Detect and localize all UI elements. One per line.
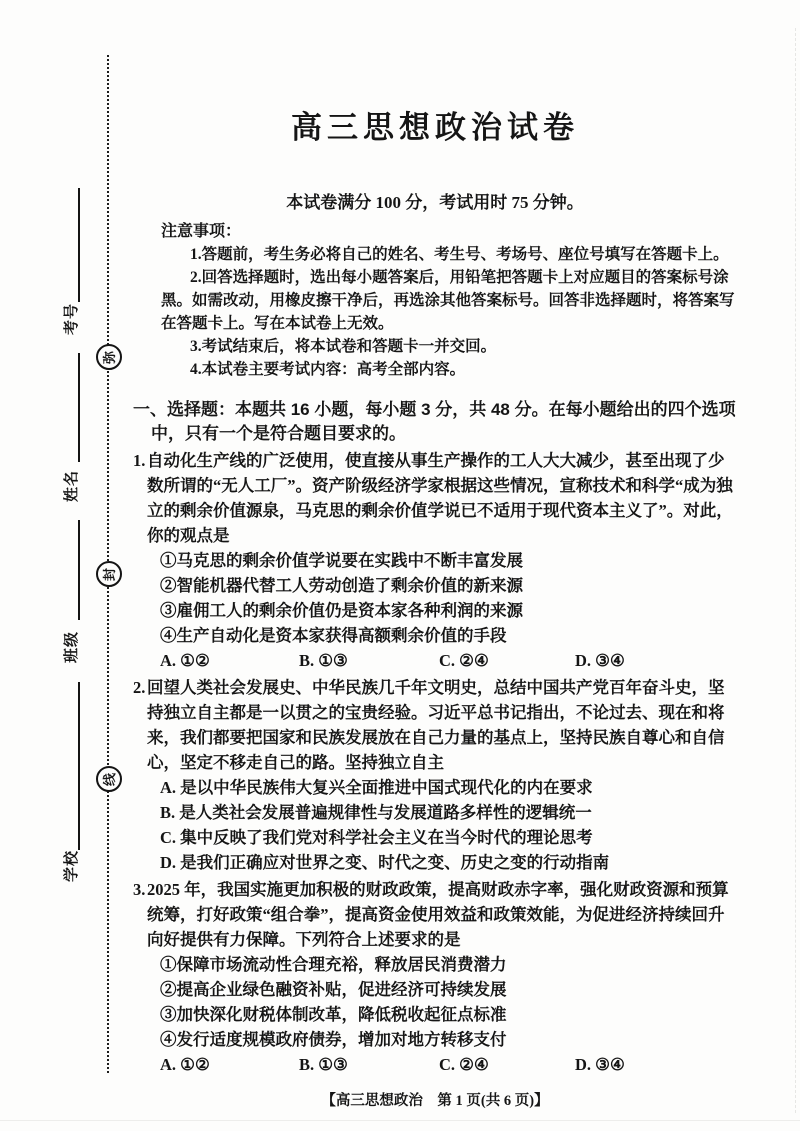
option-d: D. ③④	[575, 648, 625, 673]
exam-subtitle: 本试卷满分 100 分，考试用时 75 分钟。	[133, 192, 737, 214]
question-3-stem: 2025 年，我国实施更加积极的财政政策，提高财政赤字率，强化财政资源和预算统筹…	[147, 880, 729, 949]
statement: ②提高企业绿色融资补贴，促进经济可持续发展	[160, 977, 737, 1002]
notice-item-1: 1.答题前，考生务必将自己的姓名、考生号、考场号、座位号填写在答题卡上。	[161, 243, 737, 266]
question-2: 2. 回望人类社会发展史、中华民族几千年文明史，总结中国共产党百年奋斗史，坚持独…	[133, 675, 737, 875]
page-footer: 【高三思想政治 第 1 页(共 6 页)】	[133, 1091, 737, 1111]
exam-number-fill-line	[78, 188, 80, 302]
notices-block: 注意事项： 1.答题前，考生务必将自己的姓名、考生号、考场号、座位号填写在答题卡…	[133, 220, 737, 381]
name-label: 姓名	[62, 466, 82, 506]
seal-char-xian: 线	[96, 766, 122, 792]
question-1-stem: 自动化生产线的广泛使用，使直接从事生产操作的工人大大减少，甚至出现了少数所谓的“…	[147, 451, 733, 545]
class-fill-line	[78, 520, 80, 620]
option-c: C. ②④	[439, 1052, 575, 1077]
question-1: 1. 自动化生产线的广泛使用，使直接从事生产操作的工人大大减少，甚至出现了少数所…	[133, 448, 737, 673]
notices-heading: 注意事项：	[161, 220, 737, 243]
option-b: B. ①③	[299, 648, 439, 673]
question-1-number: 1.	[133, 448, 145, 473]
school-label: 学校	[62, 846, 82, 886]
seal-char-mi-text: 弥	[99, 350, 118, 363]
question-3-statements: ①保障市场流动性合理充裕，释放居民消费潜力 ②提高企业绿色融资补贴，促进经济可持…	[147, 952, 737, 1052]
option-a: A. 是以中华民族伟大复兴全面推进中国式现代化的内在要求	[160, 775, 737, 800]
question-2-number: 2.	[133, 675, 145, 700]
exam-number-label: 考号	[62, 299, 82, 339]
question-2-stem: 回望人类社会发展史、中华民族几千年文明史，总结中国共产党百年奋斗史，坚持独立自主…	[147, 678, 725, 772]
question-3: 3. 2025 年，我国实施更加积极的财政政策，提高财政赤字率，强化财政资源和预…	[133, 877, 737, 1077]
option-d: D. 是我们正确应对世界之变、时代之变、历史之变的行动指南	[160, 850, 737, 875]
statement: ①保障市场流动性合理充裕，释放居民消费潜力	[160, 952, 737, 977]
notice-item-3: 3.考试结束后，将本试卷和答题卡一并交回。	[161, 335, 737, 358]
question-1-options: A. ①② B. ①③ C. ②④ D. ③④	[160, 648, 737, 673]
statement: ③雇佣工人的剩余价值仍是资本家各种利润的来源	[160, 598, 737, 623]
option-d: D. ③④	[575, 1052, 625, 1077]
option-b: B. 是人类社会发展普遍规律性与发展道路多样性的逻辑统一	[160, 800, 737, 825]
exam-page: 高三思想政治试卷 本试卷满分 100 分，考试用时 75 分钟。 注意事项： 1…	[133, 0, 737, 1111]
seal-char-feng-text: 封	[99, 567, 118, 580]
seal-char-xian-text: 线	[99, 772, 118, 785]
statement: ④生产自动化是资本家获得高额剩余价值的手段	[160, 623, 737, 648]
seal-char-feng: 封	[96, 561, 122, 587]
question-3-number: 3.	[133, 877, 145, 902]
name-fill-line	[78, 353, 80, 462]
question-3-options: A. ①② B. ①③ C. ②④ D. ③④	[160, 1052, 737, 1077]
statement: ②智能机器代替工人劳动创造了剩余价值的新来源	[160, 573, 737, 598]
option-a: A. ①②	[160, 1052, 299, 1077]
option-c: C. 集中反映了我们党对科学社会主义在当今时代的理论思考	[160, 825, 737, 850]
statement: ①马克思的剩余价值学说要在实践中不断丰富发展	[160, 548, 737, 573]
question-1-statements: ①马克思的剩余价值学说要在实践中不断丰富发展 ②智能机器代替工人劳动创造了剩余价…	[147, 548, 737, 648]
seal-char-mi: 弥	[96, 344, 122, 370]
scan-edge-bottom	[0, 1120, 800, 1121]
class-label: 班级	[62, 627, 82, 667]
option-a: A. ①②	[160, 648, 299, 673]
school-fill-line	[78, 682, 80, 850]
notice-item-2: 2.回答选择题时，选出每小题答案后，用铅笔把答题卡上对应题目的答案标号涂黑。如需…	[161, 266, 737, 335]
statement: ③加快深化财税体制改革，降低税收起征点标准	[160, 1002, 737, 1027]
option-b: B. ①③	[299, 1052, 439, 1077]
scan-edge-right	[795, 28, 796, 1113]
option-c: C. ②④	[439, 648, 575, 673]
question-2-options: A. 是以中华民族伟大复兴全面推进中国式现代化的内在要求 B. 是人类社会发展普…	[147, 775, 737, 875]
page-title: 高三思想政治试卷	[133, 108, 737, 148]
notice-item-4: 4.本试卷主要考试内容：高考全部内容。	[161, 358, 737, 381]
section-heading-choice: 一、选择题：本题共 16 小题，每小题 3 分，共 48 分。在每小题给出的四个…	[133, 398, 737, 446]
statement: ④发行适度规模政府债券，增加对地方转移支付	[160, 1027, 737, 1052]
